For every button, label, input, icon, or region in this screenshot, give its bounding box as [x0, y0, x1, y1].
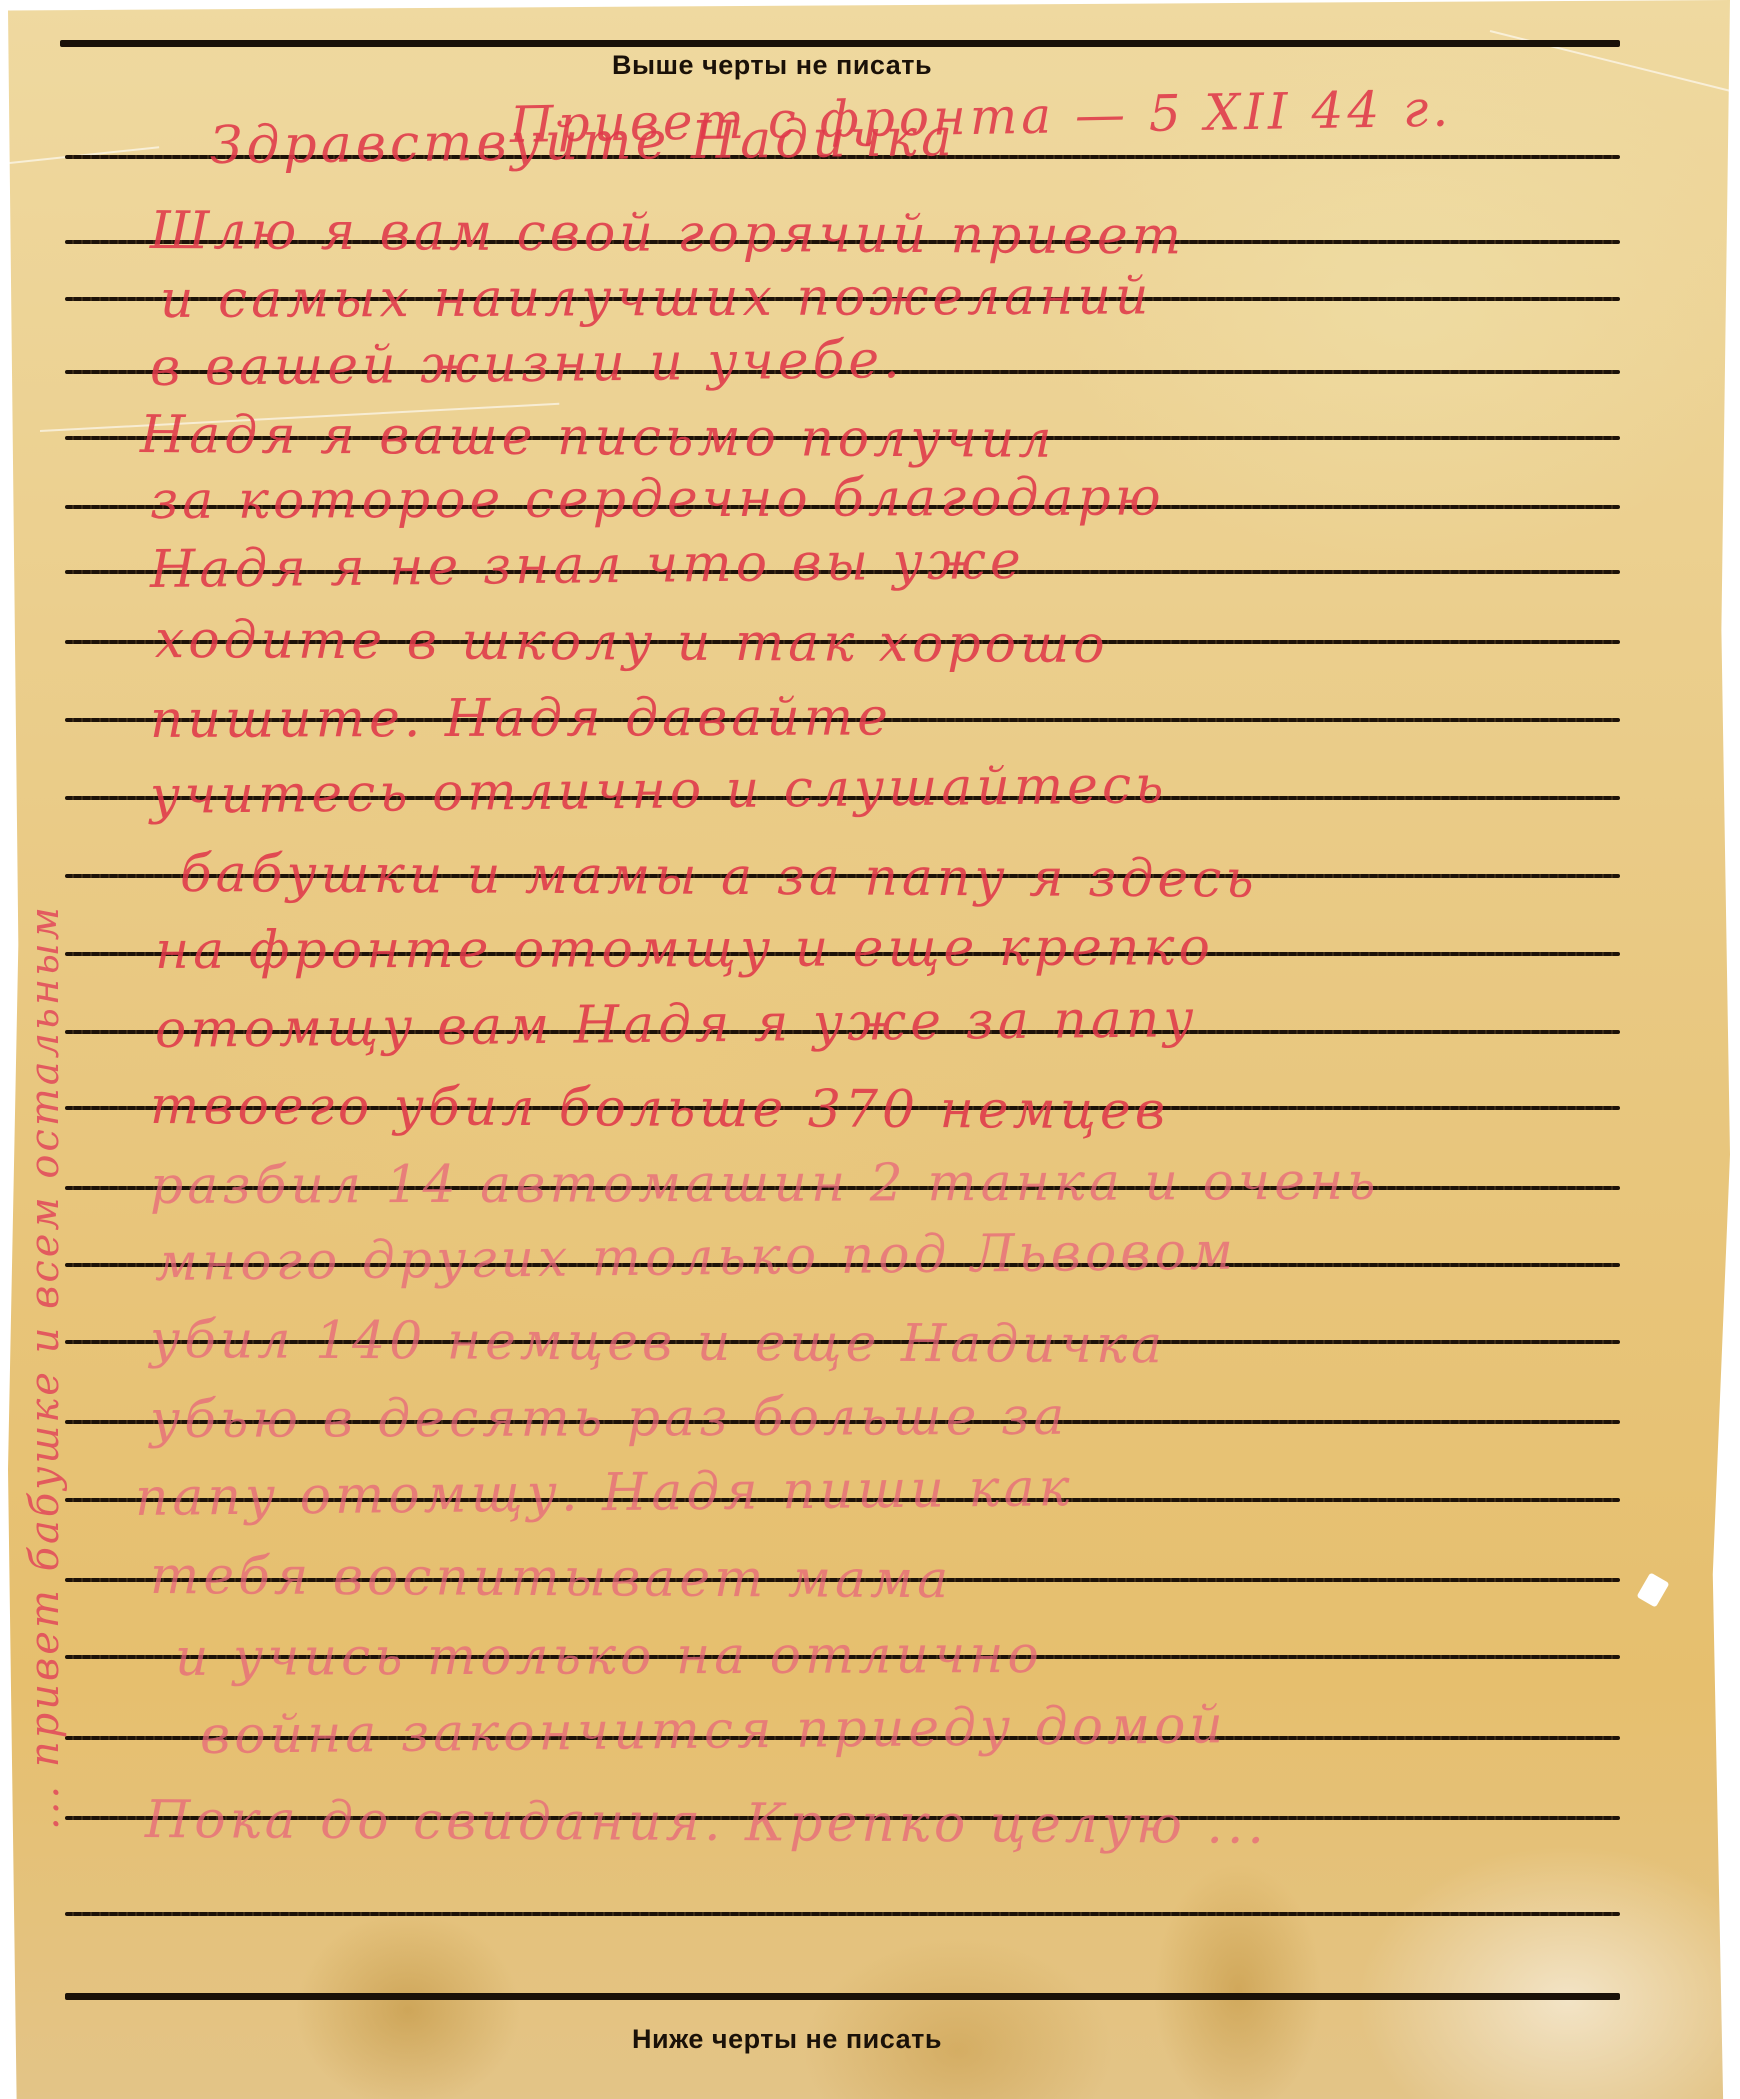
letter-line: убил 140 немцев и еще Надичка — [150, 1310, 1166, 1375]
letter-line: за которое сердечно благодарю — [150, 467, 1165, 531]
letter-line: пишите. Надя давайте — [150, 687, 892, 750]
letter-line: Здравствуйте Надичка — [210, 108, 957, 176]
letter-line: Надя я не знал что вы уже — [150, 531, 1025, 600]
letter-line: Шлю я вам свой горячий привет — [150, 201, 1185, 266]
letter-line: Пока до свидания. Крепко целую ... — [145, 1790, 1268, 1856]
ruled-line — [60, 40, 1620, 47]
letter-line: и учись только на отлично — [175, 1625, 1043, 1688]
letter-line: Надя я ваше письмо получил — [140, 405, 1056, 470]
printed-footer: Ниже черты не писать — [632, 2024, 942, 2055]
letter-line: на фронте отомщу и еще крепко — [155, 917, 1214, 981]
letter-line: отомщу вам Надя я уже за папу — [155, 989, 1198, 1060]
letter-line: много других только под Львовом — [155, 1222, 1238, 1293]
letter-line: разбил 14 автомашин 2 танка и очень — [150, 1152, 1380, 1216]
letter-line: ходите в школу и так хорошо — [155, 610, 1109, 675]
ruled-line — [65, 1912, 1620, 1916]
letter-line: убью в десять раз больше за — [150, 1387, 1069, 1450]
ruled-line — [65, 1993, 1620, 2000]
paper-tear — [1730, 1740, 1740, 1780]
letter-line: папу отомщу. Надя пиши как — [135, 1458, 1074, 1528]
letter-line: и самых наилучших пожеланий — [160, 267, 1153, 330]
margin-note: ... привет бабушке и всем остальным — [22, 904, 68, 1830]
letter-line: бабушки и мамы а за папу я здесь — [180, 844, 1258, 910]
letter-line: война закончится приеду домой — [200, 1695, 1227, 1766]
letter-line: в вашей жизни и учебе. — [150, 330, 904, 398]
printed-header: Выше черты не писать — [612, 50, 932, 81]
letter-line: учитесь отлично и слушайтесь — [150, 755, 1168, 826]
letter-line: тебя воспитывает мама — [150, 1546, 953, 1610]
letter-line: твоего убил больше 370 немцев — [150, 1076, 1169, 1141]
